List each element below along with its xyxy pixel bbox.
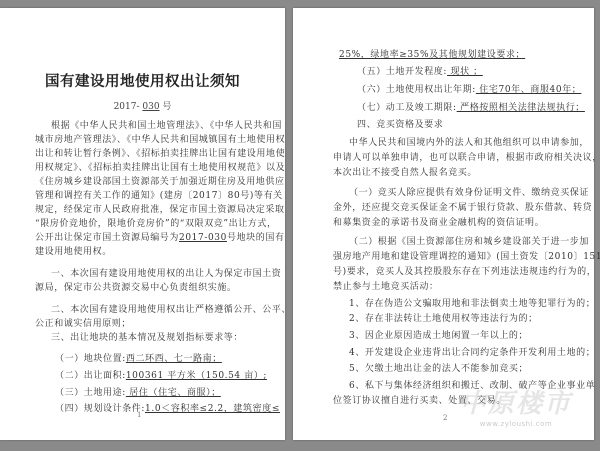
document-page-1: 国有建设用地使用权出让须知 2017- 030 号 根据《中华人民共和国土地管理… (0, 8, 285, 440)
watermark-text: 中原楼市 (460, 383, 572, 420)
section-two: 二、本次国有建设用地使用权出让严格遵循公开、公平、 (51, 305, 291, 316)
document-page-2: 25%，绿地率≥35%及其他规划建设要求； （五）土地开发程度: 现状 ； （六… (293, 8, 594, 440)
body-line: 强房地产用地和建设管理调控的通知》(国土资发〔2010〕151 (333, 252, 600, 263)
body-line: 管理和调控有关工作的通知》(建房〔2017〕80号)等有关 (35, 191, 283, 202)
parcel-suffix: 号地块的国有 (227, 233, 285, 243)
item-location: （一）地块位置:西二环西、七一路南； (55, 354, 222, 365)
item-term: （六）土地使用权出让年期: 住宅70年、商服40年； (357, 85, 581, 96)
item-value: 住宅70年、商服40年； (476, 85, 582, 95)
doc-number-prefix: 2017- (114, 102, 143, 112)
doc-number-value: 030 (142, 102, 159, 112)
list-item: 2、存在非法转让土地使用权等违法行为的； (349, 314, 538, 325)
body-line: 出让和转让暂行条例》、《招标拍卖挂牌出让国有建设用地使 (35, 149, 285, 160)
parcel-prefix: 公开出让保定市国土资源局编号为 (35, 233, 179, 243)
parcel-code: 2017-030 (179, 233, 227, 243)
item-label: （七）动工及竣工期限: (357, 103, 457, 113)
body-line: 申请人可以单独申请，也可以联合申请，根据市政府相关决议， (333, 153, 600, 164)
watermark-url: www.zyloushi.com (460, 420, 572, 428)
body-line: 本次出让不接受自然人报名竞买。 (333, 168, 477, 179)
list-item: 5、欠缴土地出让金的法人不能参加竞买； (349, 364, 528, 375)
item-label: （六）土地使用权出让年期: (357, 85, 476, 95)
body-line: （一）竞买人除应提供有效身份证明文件、缴纳竞买保证 (349, 188, 589, 199)
page-number: 1 (137, 411, 141, 419)
item-label: （三）土地用途: (55, 388, 126, 398)
list-item: 3、因企业原因造成土地闲置一年以上的； (349, 331, 528, 342)
item-planning: （四）规划设计条件:1.0＜容积率≤2.2，建筑密度≤ (55, 404, 280, 415)
body-line: （二）根据《国土资源部住房和城乡建设部关于进一步加 (349, 237, 589, 248)
page-number: 2 (443, 414, 447, 422)
body-line: 禁止参与土地竞买活动： (333, 282, 439, 293)
doc-number-suffix: 号 (160, 102, 172, 112)
item-value: 严格按照相关法律法规执行； (457, 103, 585, 113)
item-development: （五）土地开发程度: 现状 ； (357, 67, 483, 78)
item-construction-period: （七）动工及竣工期限: 严格按照相关法律法规执行； (357, 103, 585, 114)
section-three: 三、出让地块的基本情况及规划指标要求等： (51, 333, 243, 344)
item-area: （二）出让面积:100361 平方米（150.54 亩）; (55, 371, 267, 382)
body-line: 城市房地产管理法》、《中华人民共和国城镇国有土地使用权 (35, 135, 285, 146)
list-item: 1、存在伪造公文骗取用地和非法倒卖土地等犯罪行为的； (349, 299, 595, 310)
body-line: 源局，保定市公共资源交易中心负责组织实施。 (35, 283, 237, 294)
section-one: 一、本次国有建设用地使用权的出让人为保定市国土资 (51, 269, 281, 280)
body-line-parcel: 公开出让保定市国土资源局编号为2017-030号地块的国有 (35, 233, 285, 244)
item-value: 1.0＜容积率≤2.2，建筑密度≤ (145, 404, 280, 414)
list-item: 4、开发建设企业违背出让合同约定条件开发利用土地的； (349, 348, 595, 359)
document-title: 国有建设用地使用权出让须知 (0, 70, 285, 91)
document-number: 2017- 030 号 (0, 99, 285, 112)
body-line: 号)要求，竞买人及其控股股东存在下列违法违规违约行为的， (333, 267, 596, 278)
body-line: 规定，经保定市人民政府批准，保定市国土资源局决定采取 (35, 205, 285, 216)
body-line: 建设用地使用权。 (35, 247, 112, 258)
item-value: 居住（住宅、商服）； (126, 388, 221, 398)
continuation-line: 25%，绿地率≥35%及其他规划建设要求； (339, 50, 525, 61)
item-value: 100361 平方米（150.54 亩）; (126, 371, 267, 381)
item-label: （五）土地开发程度: (357, 67, 447, 77)
body-line: 中华人民共和国境内外的法人和其他组织可以申请参加， (349, 138, 589, 149)
section-four: 四、竞买资格及要求 (357, 120, 443, 131)
item-label: （一）地块位置: (55, 354, 126, 364)
body-line: 根据《中华人民共和国土地管理法》、《中华人民共和国 (51, 121, 282, 132)
watermark: 中原楼市 www.zyloushi.com (460, 383, 572, 428)
item-value: 西二环西、七一路南； (126, 354, 222, 364)
item-land-use: （三）土地用途: 居住（住宅、商服）； (55, 388, 221, 399)
body-line: 用权规定》、《招标拍卖挂牌出让国有土地使用权规范》以及 (35, 163, 285, 174)
body-line: 金外，还应提交竞买保证金不属于银行贷款、股东借款、转贷 (333, 203, 592, 214)
body-line: “限房价竞地价，限地价竞房价”的“双限双竞”出让方式， (35, 219, 277, 230)
item-value: 现状 ； (447, 67, 483, 77)
body-line: 《住房城乡建设部国土资源部关于加强近期住房及用地供应 (35, 177, 285, 188)
body-line: 公正和诚实信用原则； (35, 319, 131, 330)
body-line: 和募集资金的承诺书及商业金融机构的资信证明。 (333, 218, 544, 229)
item-label: （四）规划设计条件: (55, 404, 145, 414)
item-label: （二）出让面积: (55, 371, 126, 381)
